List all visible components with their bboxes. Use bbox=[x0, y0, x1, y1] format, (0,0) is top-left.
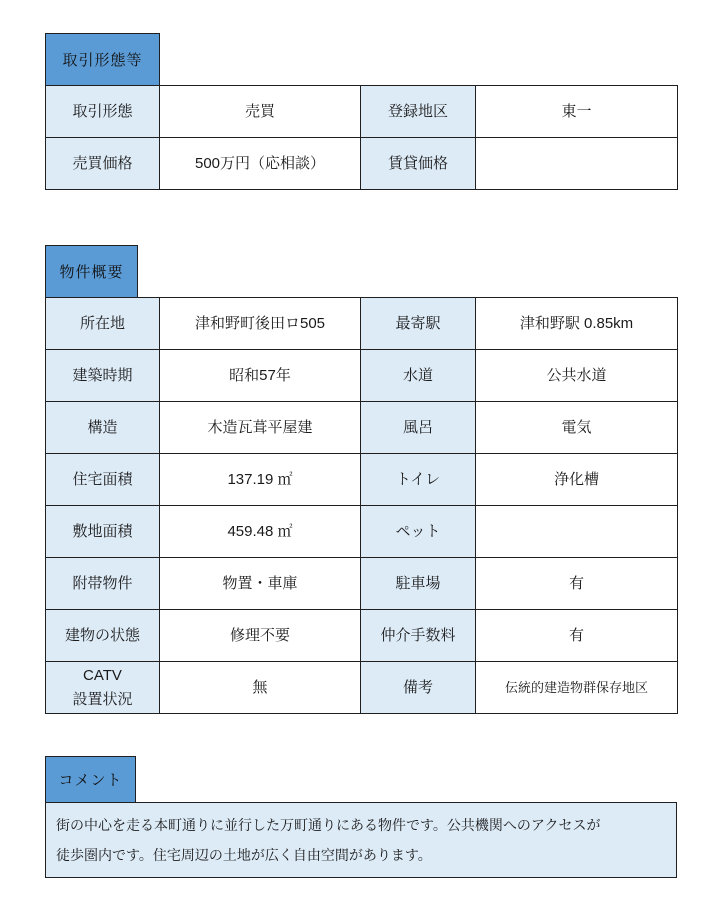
field-value-chintai-kakaku bbox=[476, 138, 678, 190]
table-row: 建築時期 昭和57年 水道 公共水道 bbox=[46, 350, 678, 402]
field-label-touroku-chiku: 登録地区 bbox=[361, 86, 476, 138]
section-tab-transaction: 取引形態等 bbox=[45, 33, 160, 86]
section-tab-comment: コメント bbox=[45, 756, 136, 803]
field-label-furo: 風呂 bbox=[361, 402, 476, 454]
field-value-kenchiku-jiki: 昭和57年 bbox=[160, 350, 361, 402]
field-value-chukai-tesuryo: 有 bbox=[476, 610, 678, 662]
table-row: 売買価格 500万円（応相談） 賃貸価格 bbox=[46, 138, 678, 190]
field-value-baibai-kakaku: 500万円（応相談） bbox=[160, 138, 361, 190]
field-label-kenchiku-jiki: 建築時期 bbox=[46, 350, 160, 402]
field-label-biko: 備考 bbox=[361, 662, 476, 714]
field-value-suido: 公共水道 bbox=[476, 350, 678, 402]
comment-box: 街の中心を走る本町通りに並行した万町通りにある物件です。公共機関へのアクセスが徒… bbox=[45, 802, 677, 878]
field-label-baibai-kakaku: 売買価格 bbox=[46, 138, 160, 190]
field-label-tatemono-jotai: 建物の状態 bbox=[46, 610, 160, 662]
field-value-pet bbox=[476, 506, 678, 558]
table-row: 附帯物件 物置・車庫 駐車場 有 bbox=[46, 558, 678, 610]
field-value-furo: 電気 bbox=[476, 402, 678, 454]
table-row: 構造 木造瓦葺平屋建 風呂 電気 bbox=[46, 402, 678, 454]
field-label-catv: CATV 設置状況 bbox=[46, 662, 160, 714]
field-value-futai-bukken: 物置・車庫 bbox=[160, 558, 361, 610]
table-row: 取引形態 売買 登録地区 東一 bbox=[46, 86, 678, 138]
field-label-kouzou: 構造 bbox=[46, 402, 160, 454]
field-value-touroku-chiku: 東一 bbox=[476, 86, 678, 138]
field-value-shozaichi: 津和野町後田ロ505 bbox=[160, 298, 361, 350]
section-tab-property: 物件概要 bbox=[45, 245, 138, 298]
field-value-torihiki-keitai: 売買 bbox=[160, 86, 361, 138]
field-label-shikichi-menseki: 敷地面積 bbox=[46, 506, 160, 558]
table-row: 敷地面積 459.48 ㎡ ペット bbox=[46, 506, 678, 558]
field-label-toilet: トイレ bbox=[361, 454, 476, 506]
comment-text: 街の中心を走る本町通りに並行した万町通りにある物件です。公共機関へのアクセスが徒… bbox=[56, 810, 601, 870]
table-row: 建物の状態 修理不要 仲介手数料 有 bbox=[46, 610, 678, 662]
field-value-moyori-eki: 津和野駅 0.85km bbox=[476, 298, 678, 350]
field-value-chushajo: 有 bbox=[476, 558, 678, 610]
table-row: CATV 設置状況 無 備考 伝統的建造物群保存地区 bbox=[46, 662, 678, 714]
field-label-torihiki-keitai: 取引形態 bbox=[46, 86, 160, 138]
property-table: 所在地 津和野町後田ロ505 最寄駅 津和野駅 0.85km 建築時期 昭和57… bbox=[45, 297, 678, 714]
field-label-chintai-kakaku: 賃貸価格 bbox=[361, 138, 476, 190]
field-label-suido: 水道 bbox=[361, 350, 476, 402]
field-label-jutaku-menseki: 住宅面積 bbox=[46, 454, 160, 506]
field-value-shikichi-menseki: 459.48 ㎡ bbox=[160, 506, 361, 558]
field-label-chushajo: 駐車場 bbox=[361, 558, 476, 610]
field-value-tatemono-jotai: 修理不要 bbox=[160, 610, 361, 662]
table-row: 住宅面積 137.19 ㎡ トイレ 浄化槽 bbox=[46, 454, 678, 506]
field-value-kouzou: 木造瓦葺平屋建 bbox=[160, 402, 361, 454]
field-value-jutaku-menseki: 137.19 ㎡ bbox=[160, 454, 361, 506]
field-label-shozaichi: 所在地 bbox=[46, 298, 160, 350]
field-label-chukai-tesuryo: 仲介手数料 bbox=[361, 610, 476, 662]
field-label-moyori-eki: 最寄駅 bbox=[361, 298, 476, 350]
table-row: 所在地 津和野町後田ロ505 最寄駅 津和野駅 0.85km bbox=[46, 298, 678, 350]
transaction-table: 取引形態 売買 登録地区 東一 売買価格 500万円（応相談） 賃貸価格 bbox=[45, 85, 678, 190]
field-value-biko: 伝統的建造物群保存地区 bbox=[476, 662, 678, 714]
field-label-futai-bukken: 附帯物件 bbox=[46, 558, 160, 610]
field-label-pet: ペット bbox=[361, 506, 476, 558]
field-value-toilet: 浄化槽 bbox=[476, 454, 678, 506]
field-value-catv: 無 bbox=[160, 662, 361, 714]
